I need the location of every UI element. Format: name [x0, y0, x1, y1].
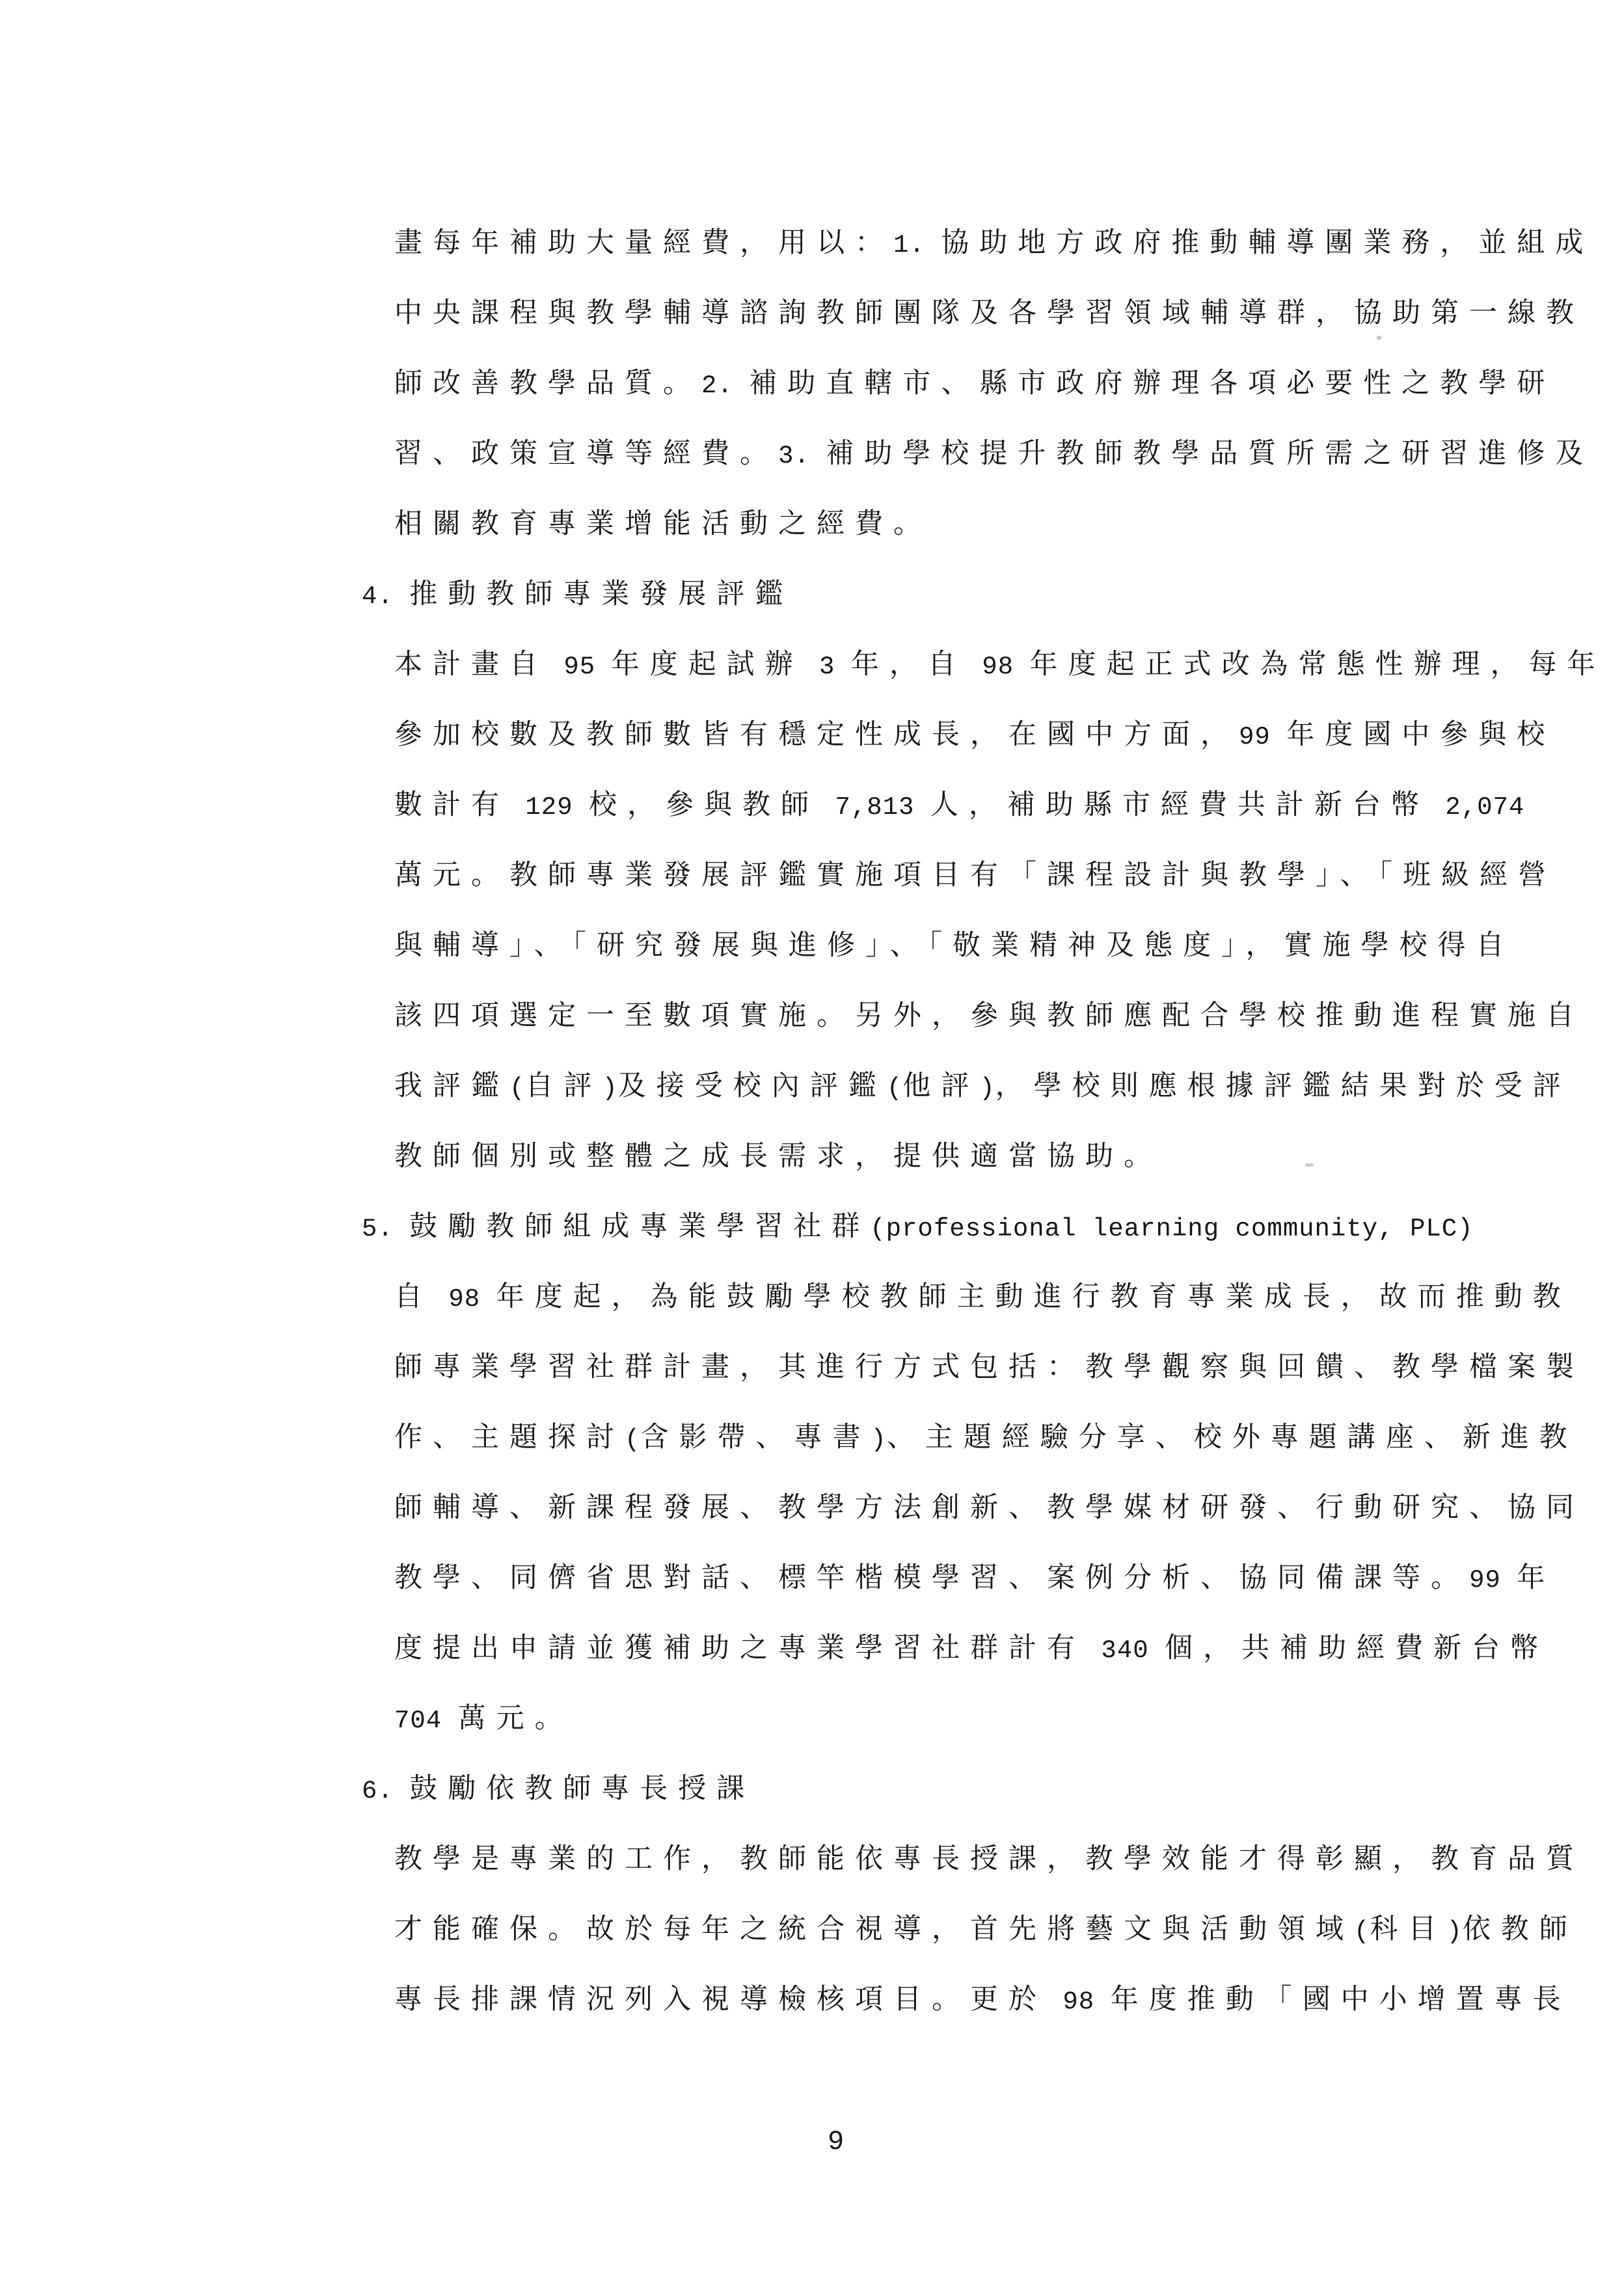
text-line: 作、主題探討(含影帶、專書)、主題經驗分享、校外專題講座、新進教: [0, 1403, 1624, 1473]
cjk-text-run: 補助直轄市、縣市政府辦理各項必要性之教學研: [749, 368, 1555, 399]
latin-text-run: (: [625, 1425, 640, 1454]
text-line: 該四項選定一至數項實施。另外，參與教師應配合學校推動進程實施自: [0, 981, 1624, 1051]
cjk-text-run: 補助學校提升教師教學品質所需之研習進修及: [826, 439, 1593, 469]
scan-artifact: [1305, 1163, 1314, 1167]
latin-text-run: 98: [966, 653, 1030, 681]
text-line: 本計畫自 95 年度起試辦 3 年，自 98 年度起正式改為常態性辦理，每年: [0, 630, 1624, 700]
text-line: 才能確保。故於每年之統合視導，首先將藝文與活動領域(科目)依教師: [0, 1895, 1624, 1965]
latin-text-run: 340: [1085, 1636, 1165, 1665]
page-number: 9: [828, 2126, 844, 2157]
cjk-text-run: ，學校則應根據評鑑結果對於受評: [995, 1071, 1571, 1101]
cjk-text-run: 本計畫自: [394, 649, 548, 680]
latin-text-run: 1.: [893, 231, 941, 260]
latin-text-run: 3.: [778, 442, 826, 470]
cjk-text-run: 鼓勵依教師專長授課: [409, 1774, 755, 1804]
cjk-text-run: 教學、同儕省思對話、標竿楷模學習、案例分析、協同備課等。: [394, 1563, 1469, 1593]
latin-text-run: 7,813: [819, 793, 930, 822]
text-line: 參加校數及教師數皆有穩定性成長，在國中方面，99 年度國中參與校: [0, 700, 1624, 770]
text-line: 教學是專業的工作，教師能依專長授課，教學效能才得彰顯，教育品質: [0, 1824, 1624, 1895]
latin-text-run: (professional learning community, PLC): [870, 1215, 1473, 1243]
cjk-text-run: 、主題經驗分享、校外專題講座、新進教: [887, 1422, 1578, 1453]
cjk-text-run: 科目: [1370, 1914, 1446, 1945]
text-line: 與輔導」、「研究發展與進修」、「敬業精神及態度」，實施學校得自: [0, 911, 1624, 981]
cjk-text-run: 年，自: [851, 649, 966, 680]
cjk-text-run: 依教師: [1463, 1914, 1578, 1945]
latin-text-run: 3: [804, 653, 851, 681]
text-line: 專長排課情況列入視導檢核項目。更於 98 年度推動「國中小增置專長: [0, 1965, 1624, 2035]
cjk-text-run: 萬元。: [458, 1703, 573, 1734]
cjk-text-run: 含影帶、專書: [640, 1422, 871, 1453]
cjk-text-run: 推動教師專業發展評鑑: [409, 579, 793, 610]
cjk-text-run: 該四項選定一至數項實施。另外，參與教師應配合學校推動進程實施自: [394, 1001, 1584, 1031]
cjk-text-run: 與輔導」、「研究發展與進修」、「敬業精神及態度」，實施學校得自: [394, 930, 1515, 961]
cjk-text-run: 師專業學習社群計畫，其進行方式包括：教學觀察與回饋、教學檔案製: [394, 1352, 1584, 1383]
cjk-text-run: 年度起，為能鼓勵學校教師主動進行教育專業成長，故而推動教: [496, 1282, 1571, 1312]
text-line: 自 98 年度起，為能鼓勵學校教師主動進行教育專業成長，故而推動教: [0, 1262, 1624, 1332]
cjk-text-run: 及接受校內評鑑: [618, 1071, 887, 1101]
text-line: 度提出申請並獲補助之專業學習社群計有 340 個，共補助經費新台幣: [0, 1614, 1624, 1684]
cjk-text-run: 人，補助縣市經費共計新台幣: [930, 790, 1429, 820]
text-line: 6. 鼓勵依教師專長授課: [0, 1754, 1624, 1824]
latin-text-run: ): [871, 1425, 886, 1454]
cjk-text-run: 教師個別或整體之成長需求，提供適當協助。: [394, 1141, 1162, 1172]
text-line: 數計有 129 校，參與教師 7,813 人，補助縣市經費共計新台幣 2,074: [0, 770, 1624, 841]
latin-text-run: (: [887, 1074, 902, 1103]
cjk-text-run: 年度國中參與校: [1286, 720, 1555, 750]
cjk-text-run: 年度起正式改為常態性辦理，每年: [1029, 649, 1605, 680]
cjk-text-run: 自: [394, 1282, 433, 1312]
cjk-text-run: 度提出申請並獲補助之專業學習社群計有: [394, 1633, 1085, 1664]
cjk-text-run: 教學是專業的工作，教師能依專長授課，教學效能才得彰顯，教育品質: [394, 1844, 1584, 1874]
latin-text-run: 2,074: [1429, 793, 1524, 822]
text-line: 5. 鼓勵教師組成專業學習社群(professional learning co…: [0, 1192, 1624, 1262]
cjk-text-run: 校，參與教師: [589, 790, 819, 820]
cjk-text-run: 協助地方政府推動輔導團業務，並組成: [941, 228, 1593, 258]
latin-text-run: 98: [1047, 1988, 1111, 2016]
latin-text-run: (: [1354, 1917, 1370, 1946]
latin-text-run: ): [1446, 1917, 1462, 1946]
latin-text-run: ): [602, 1074, 617, 1103]
document-text: 畫每年補助大量經費，用以：1. 協助地方政府推動輔導團業務，並組成中央課程與教學…: [0, 208, 1624, 2035]
cjk-text-run: 我評鑑: [394, 1071, 509, 1101]
text-line: 4. 推動教師專業發展評鑑: [0, 560, 1624, 630]
latin-text-run: 129: [509, 793, 589, 822]
text-line: 師專業學習社群計畫，其進行方式包括：教學觀察與回饋、教學檔案製: [0, 1332, 1624, 1403]
scanned-document-page: 畫每年補助大量經費，用以：1. 協助地方政府推動輔導團業務，並組成中央課程與教學…: [0, 0, 1624, 2283]
latin-text-run: ): [979, 1074, 995, 1103]
cjk-text-run: 專長排課情況列入視導檢核項目。更於: [394, 1984, 1047, 2015]
cjk-text-run: 才能確保。故於每年之統合視導，首先將藝文與活動領域: [394, 1914, 1354, 1945]
latin-text-run: 2.: [701, 371, 749, 400]
cjk-text-run: 他評: [902, 1071, 979, 1101]
cjk-text-run: 年: [1517, 1563, 1555, 1593]
text-line: 習、政策宣導等經費。3. 補助學校提升教師教學品質所需之研習進修及: [0, 419, 1624, 489]
text-line: 萬元。教師專業發展評鑑實施項目有「課程設計與教學」、「班級經營: [0, 841, 1624, 911]
latin-text-run: 4.: [362, 582, 409, 611]
text-line: 教學、同儕省思對話、標竿楷模學習、案例分析、協同備課等。99 年: [0, 1543, 1624, 1614]
cjk-text-run: 數計有: [394, 790, 509, 820]
text-line: 師輔導、新課程發展、教學方法創新、教學媒材研發、行動研究、協同: [0, 1473, 1624, 1543]
text-line: 教師個別或整體之成長需求，提供適當協助。: [0, 1122, 1624, 1192]
text-line: 畫每年補助大量經費，用以：1. 協助地方政府推動輔導團業務，並組成: [0, 208, 1624, 278]
cjk-text-run: 畫每年補助大量經費，用以：: [394, 228, 893, 258]
cjk-text-run: 作、主題探討: [394, 1422, 625, 1453]
cjk-text-run: 師改善教學品質。: [394, 368, 701, 399]
text-line: 相關教育專業增能活動之經費。: [0, 489, 1624, 560]
latin-text-run: 95: [548, 653, 612, 681]
latin-text-run: 5.: [362, 1215, 409, 1243]
cjk-text-run: 年度起試辦: [612, 649, 804, 680]
cjk-text-run: 年度推動「國中小增置專長: [1111, 1984, 1571, 2015]
cjk-text-run: 習、政策宣導等經費。: [394, 439, 778, 469]
cjk-text-run: 鼓勵教師組成專業學習社群: [409, 1211, 870, 1242]
cjk-text-run: 師輔導、新課程發展、教學方法創新、教學媒材研發、行動研究、協同: [394, 1493, 1584, 1523]
latin-text-run: 99: [1239, 723, 1286, 751]
scan-artifact: [1377, 336, 1381, 340]
latin-text-run: 6.: [362, 1777, 409, 1805]
text-line: 師改善教學品質。2. 補助直轄市、縣市政府辦理各項必要性之教學研: [0, 349, 1624, 419]
latin-text-run: 98: [433, 1285, 496, 1314]
latin-text-run: 99: [1469, 1566, 1517, 1595]
latin-text-run: (: [509, 1074, 525, 1103]
cjk-text-run: 參加校數及教師數皆有穩定性成長，在國中方面，: [394, 720, 1239, 750]
latin-text-run: 704: [394, 1707, 458, 1735]
text-line: 704 萬元。: [0, 1684, 1624, 1754]
cjk-text-run: 自評: [525, 1071, 602, 1101]
cjk-text-run: 中央課程與教學輔導諮詢教師團隊及各學習領域輔導群，協助第一線教: [394, 298, 1584, 329]
cjk-text-run: 萬元。教師專業發展評鑑實施項目有「課程設計與教學」、「班級經營: [394, 860, 1556, 891]
cjk-text-run: 相關教育專業增能活動之經費。: [394, 509, 932, 539]
cjk-text-run: 個，共補助經費新台幣: [1165, 1633, 1549, 1664]
text-line: 我評鑑(自評)及接受校內評鑑(他評)，學校則應根據評鑑結果對於受評: [0, 1051, 1624, 1122]
